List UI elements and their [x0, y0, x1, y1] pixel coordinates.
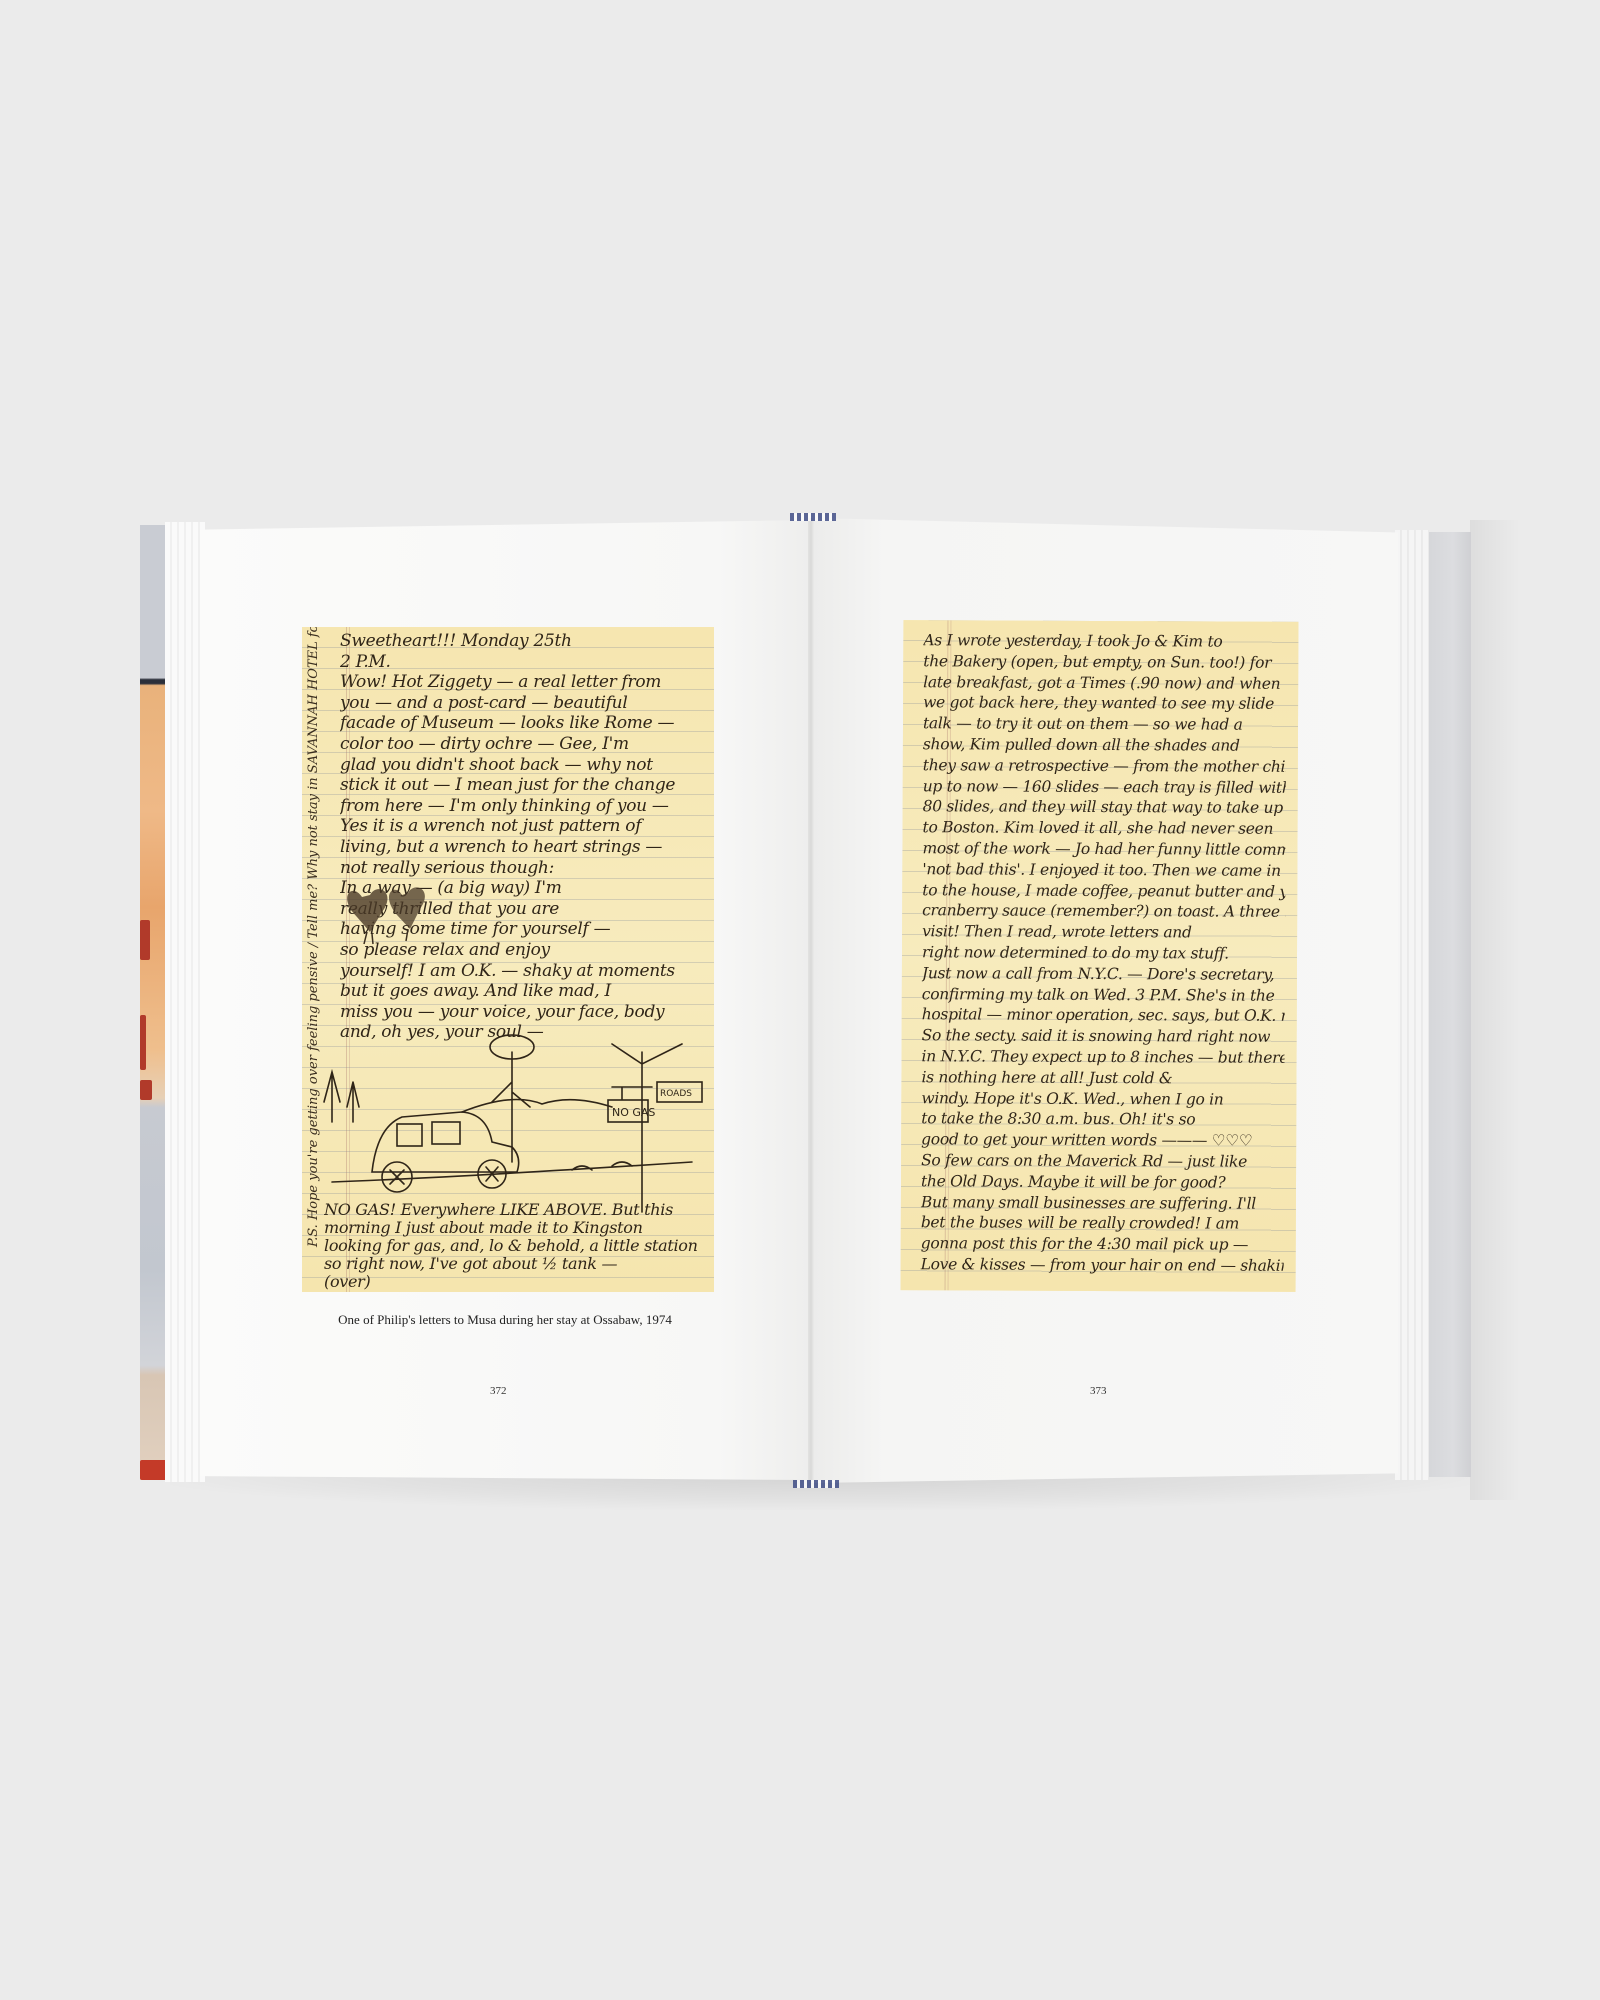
letter-text-left: Sweetheart!!! Monday 25th 2 P.M. Wow! Ho… — [340, 631, 702, 1043]
book-gutter — [808, 518, 814, 1483]
handwritten-letter-left: P.S. Hope you're getting over feeling pe… — [302, 627, 714, 1292]
hearts-sketch-icon — [342, 877, 462, 947]
roads-sign: ROADS — [660, 1089, 692, 1099]
letter-text-left-bottom: NO GAS! Everywhere LIKE ABOVE. But this … — [324, 1201, 702, 1291]
book-side-shadow — [1470, 520, 1520, 1500]
page-stack-left — [165, 522, 205, 1482]
back-cover-right-edge — [1425, 532, 1471, 1477]
page-stack-right — [1395, 530, 1429, 1480]
handwritten-letter-right: As I wrote yesterday, I took Jo & Kim to… — [901, 620, 1299, 1292]
page-number-right: 373 — [1090, 1385, 1107, 1397]
letter-text-right: As I wrote yesterday, I took Jo & Kim to… — [921, 630, 1287, 1276]
car-drawing-icon: NO GAS ROADS — [312, 1032, 707, 1217]
no-gas-sign: NO GAS — [612, 1106, 655, 1119]
headband-bottom — [793, 1480, 839, 1488]
figure-caption: One of Philip's letters to Musa during h… — [200, 1312, 810, 1328]
page-number-left: 372 — [490, 1385, 507, 1397]
headband-top — [790, 513, 836, 521]
book-photo: P.S. Hope you're getting over feeling pe… — [0, 0, 1600, 2000]
